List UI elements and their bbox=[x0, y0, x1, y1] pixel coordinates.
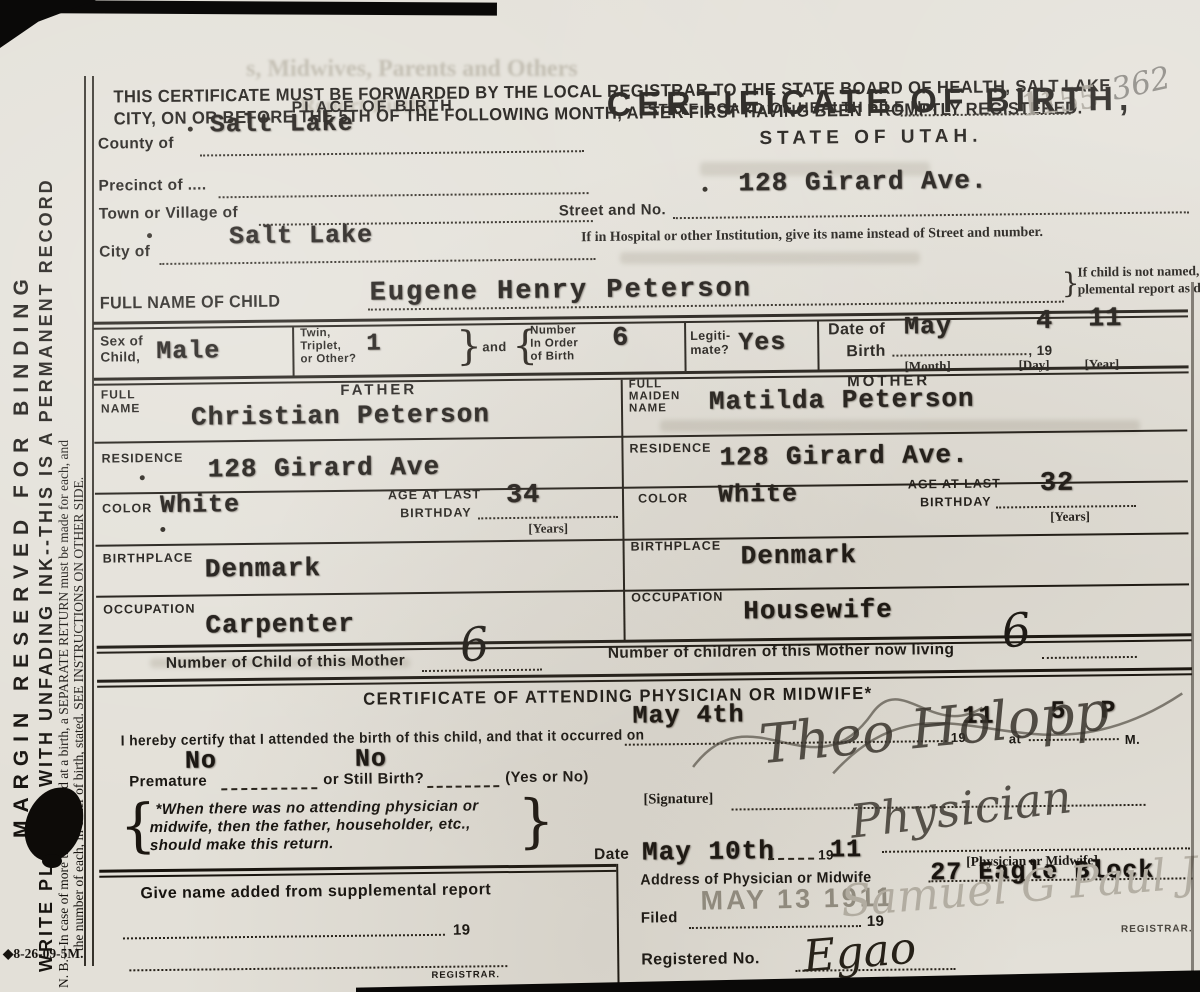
father-residence-value: 128 Girard Ave bbox=[208, 452, 441, 485]
street-value: 128 Girard Ave. bbox=[738, 166, 987, 199]
county-value: Salt Lake bbox=[210, 109, 354, 140]
cell-divider bbox=[817, 322, 820, 370]
mother-color-label: COLOR bbox=[638, 491, 688, 506]
date-label: Date bbox=[594, 846, 629, 864]
order-label-2: In Order bbox=[530, 337, 578, 350]
mother-residence-label: RESIDENCE bbox=[629, 441, 711, 456]
twin-label-2: Triplet, bbox=[300, 340, 341, 352]
father-section-title: FATHER bbox=[299, 381, 459, 400]
dob-month: May bbox=[904, 312, 952, 342]
child-name-label: FULL NAME OF CHILD bbox=[100, 292, 281, 314]
mother-age-label-1: AGE AT LAST bbox=[908, 476, 1001, 491]
twin-label-3: or Other? bbox=[300, 353, 356, 366]
premature-line bbox=[221, 785, 317, 790]
mother-color-value: White bbox=[718, 480, 798, 510]
dob-label-2: Birth bbox=[846, 343, 886, 361]
dob-line bbox=[892, 351, 1026, 357]
dob-label-1: Date of bbox=[828, 321, 885, 340]
cell-divider bbox=[684, 323, 687, 371]
father-occupation-value: Carpenter bbox=[205, 609, 355, 641]
dob-19: , 19 bbox=[1028, 343, 1052, 358]
premature-label: Premature bbox=[129, 772, 207, 790]
note-brace-close: } bbox=[517, 787, 555, 855]
father-residence-label: RESIDENCE bbox=[101, 451, 183, 466]
mother-age-label-2: BIRTHDAY bbox=[920, 495, 992, 510]
mother-age-line bbox=[996, 503, 1136, 509]
registered-no-value: Egao bbox=[801, 923, 918, 983]
state-subtitle: STATE OF UTAH. bbox=[556, 123, 1186, 152]
and-label: and bbox=[482, 339, 506, 354]
father-age-label-2: BIRTHDAY bbox=[400, 505, 472, 520]
father-color-value: White bbox=[160, 490, 240, 520]
twin-value: 1 bbox=[366, 330, 382, 357]
precinct-line bbox=[219, 190, 589, 198]
mother-fullname-label-1: FULL bbox=[629, 378, 663, 390]
legitimate-label-2: mate? bbox=[690, 343, 729, 357]
mother-name-value: Matilda Peterson bbox=[709, 384, 975, 417]
hospital-note: If in Hospital or other Institution, giv… bbox=[581, 225, 1043, 246]
stillbirth-label: or Still Birth? bbox=[323, 770, 424, 788]
supplemental-report-label: Give name added from supplemental report bbox=[140, 881, 491, 903]
street-label: Street and No. bbox=[559, 201, 666, 219]
dob-day: 4 bbox=[1036, 307, 1054, 337]
supplemental-box-border bbox=[616, 864, 619, 984]
city-value: Salt Lake bbox=[229, 221, 373, 252]
ink-blot-small bbox=[42, 854, 62, 868]
supplemental-note-line2: plemental report as directed bbox=[1078, 280, 1200, 298]
father-color-label: COLOR bbox=[102, 501, 152, 516]
document-page: s, Midwives, Parents and Others Report B… bbox=[0, 0, 1200, 992]
mother-occupation-label: OCCUPATION bbox=[631, 590, 723, 605]
cell-divider bbox=[292, 327, 295, 375]
stillbirth-answer: No bbox=[355, 744, 387, 773]
precinct-label: Precinct of .... bbox=[98, 176, 206, 195]
father-years-bracket: [Years] bbox=[528, 520, 568, 536]
legitimate-label-1: Legiti- bbox=[690, 329, 730, 343]
supplemental-note-line1: If child is not named, make sup- bbox=[1077, 262, 1200, 280]
parent-divider bbox=[621, 380, 626, 642]
ink-dot bbox=[160, 527, 165, 532]
supplemental-line1 bbox=[123, 932, 445, 940]
day-bracket: [Day] bbox=[1018, 357, 1049, 373]
order-value: 6 bbox=[612, 324, 630, 354]
county-label: County of bbox=[98, 135, 174, 154]
father-age-label-1: AGE AT LAST bbox=[388, 487, 481, 502]
brace-close: } bbox=[456, 323, 482, 369]
mother-occupation-value: Housewife bbox=[743, 595, 893, 627]
children-living-value: 6 bbox=[999, 602, 1033, 659]
sex-value: Male bbox=[156, 336, 220, 366]
number-of-child-value: 6 bbox=[457, 616, 491, 673]
registrar-label-right: REGISTRAR. bbox=[1121, 923, 1193, 935]
father-name-value: Christian Peterson bbox=[191, 399, 490, 432]
attending-note-line2: midwife, then the father, householder, e… bbox=[150, 815, 471, 836]
mother-birthplace-label: BIRTHPLACE bbox=[630, 539, 721, 554]
ink-dot bbox=[702, 187, 707, 192]
father-age-value: 34 bbox=[506, 481, 541, 511]
certificate-form: THIS CERTIFICATE MUST BE FORWARDED BY TH… bbox=[0, 0, 1200, 992]
registrar-label-left: REGISTRAR. bbox=[431, 969, 500, 981]
filed-label: Filed bbox=[641, 909, 678, 926]
date-value: May 10th bbox=[642, 836, 775, 868]
mother-residence-value: 128 Girard Ave. bbox=[719, 440, 968, 473]
father-age-line bbox=[478, 514, 618, 520]
dob-year: 11 bbox=[1088, 304, 1123, 334]
sex-label-2: Child, bbox=[100, 349, 140, 364]
attending-note-line3: should make this return. bbox=[150, 835, 334, 854]
town-label: Town or Village of bbox=[99, 204, 238, 224]
ink-dot bbox=[147, 233, 152, 238]
order-label-3: of Birth bbox=[530, 350, 574, 362]
mother-fullname-label-2: MAIDEN bbox=[629, 390, 681, 403]
ink-dot bbox=[188, 127, 193, 132]
mother-age-value: 32 bbox=[1040, 469, 1075, 499]
city-line bbox=[159, 256, 595, 265]
twin-label-1: Twin, bbox=[300, 327, 331, 339]
children-living-label: Number of children of this Mother now li… bbox=[608, 641, 955, 663]
supplemental-19: 19 bbox=[453, 921, 471, 938]
registered-no-label: Registered No. bbox=[641, 950, 760, 969]
sex-label-1: Sex of bbox=[100, 333, 143, 348]
number-of-child-label: Number of Child of this Mother bbox=[166, 652, 406, 673]
yes-or-no-label: (Yes or No) bbox=[505, 768, 589, 786]
legitimate-value: Yes bbox=[738, 328, 786, 358]
mother-fullname-label-3: NAME bbox=[629, 402, 667, 414]
scan-right-edge bbox=[1191, 282, 1194, 974]
premature-answer: No bbox=[185, 746, 217, 775]
date-line bbox=[768, 856, 814, 861]
father-birthplace-label: BIRTHPLACE bbox=[103, 551, 194, 566]
ink-dot bbox=[140, 475, 145, 480]
children-living-line bbox=[1042, 654, 1137, 659]
mother-birthplace-value: Denmark bbox=[741, 540, 858, 571]
father-fullname-label-1: FULL bbox=[101, 387, 136, 401]
father-birthplace-value: Denmark bbox=[205, 553, 322, 584]
mother-years-bracket: [Years] bbox=[1050, 508, 1090, 524]
county-line bbox=[200, 148, 584, 156]
certificate-title: CERTIFICATE OF BIRTH, bbox=[555, 79, 1185, 125]
street-line bbox=[673, 209, 1189, 219]
year-bracket: [Year] bbox=[1084, 356, 1119, 372]
order-label-1: Number bbox=[530, 324, 576, 337]
father-occupation-label: OCCUPATION bbox=[103, 602, 195, 617]
city-label: City of bbox=[99, 243, 150, 262]
father-fullname-label-2: NAME bbox=[101, 401, 141, 415]
stillbirth-line bbox=[427, 783, 499, 788]
